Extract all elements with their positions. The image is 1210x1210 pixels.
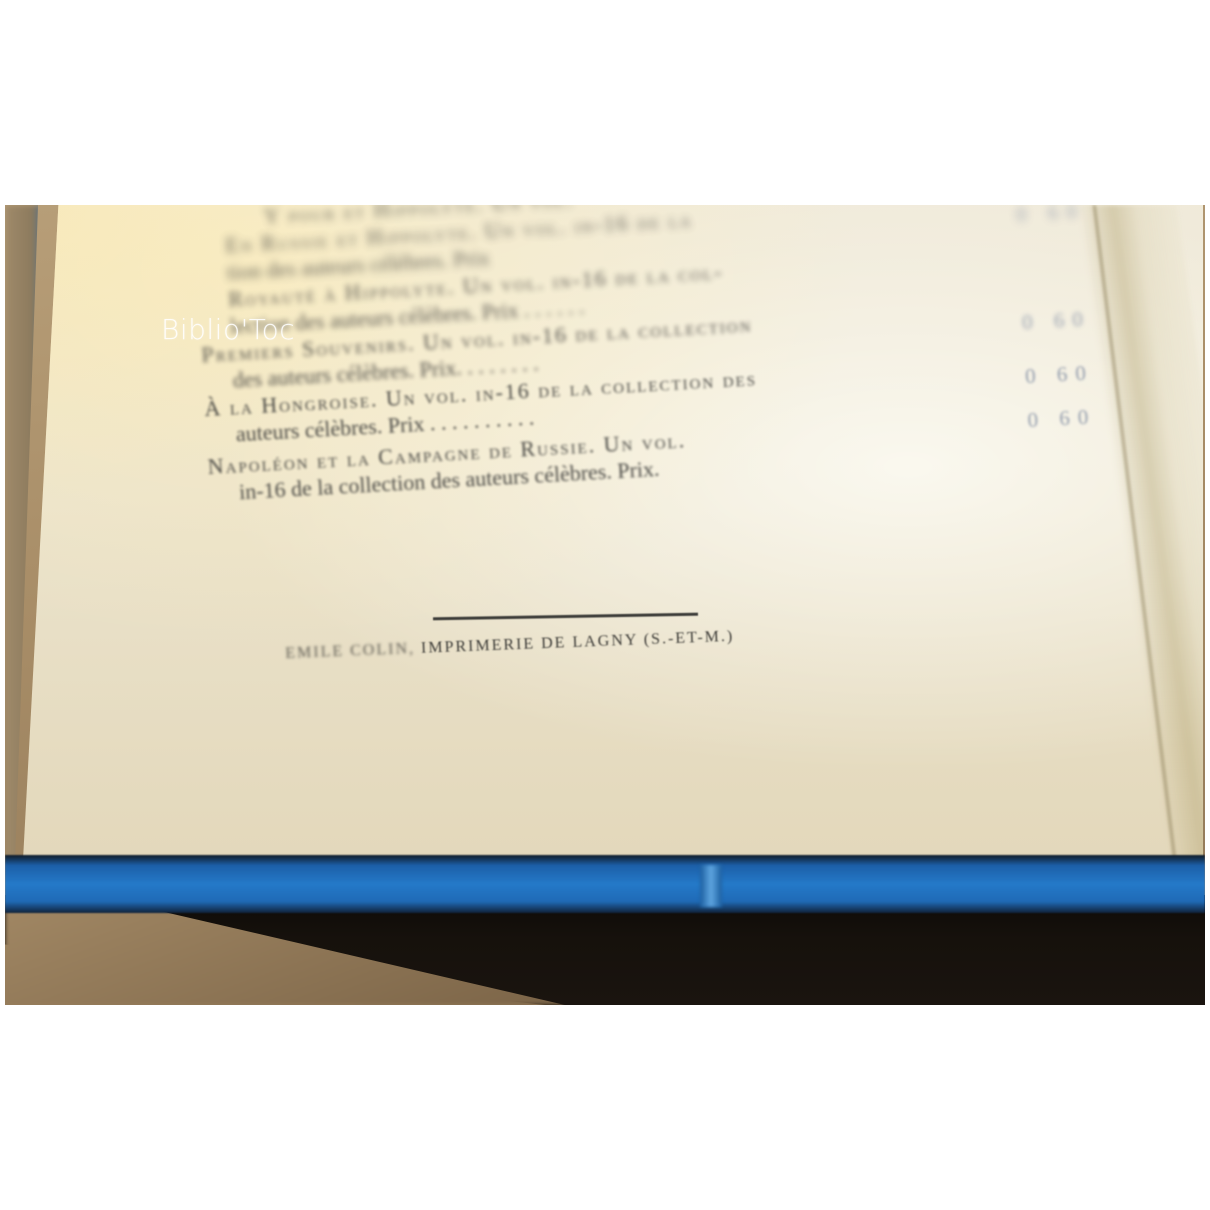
book-page: Y pour et Hippolyte. Un vol. En Russie e… <box>23 205 1203 860</box>
colophon-rule <box>433 613 698 621</box>
printer-imprint: IMPRIMERIE DE LAGNY (S.-ET-M.) <box>421 628 735 657</box>
entry-price: 0 60 <box>1027 403 1097 434</box>
entry-price: 0 60 <box>1015 205 1085 228</box>
catalogue-listing: Y pour et Hippolyte. Un vol. En Russie e… <box>183 205 1039 508</box>
printer-name: EMILE COLIN, <box>285 640 415 662</box>
cover-crease <box>700 865 722 907</box>
page-gutter-fold <box>1077 205 1205 860</box>
entry-price: 0 60 <box>1021 306 1091 337</box>
watermark-logo: Biblio'Toc <box>161 313 295 346</box>
entry-price: 0 60 <box>1024 359 1094 390</box>
book-cover-blue-edge <box>5 855 1205 913</box>
printer-colophon: EMILE COLIN, IMPRIMERIE DE LAGNY (S.-ET-… <box>285 628 735 663</box>
book-photo: Y pour et Hippolyte. Un vol. En Russie e… <box>5 205 1205 1005</box>
